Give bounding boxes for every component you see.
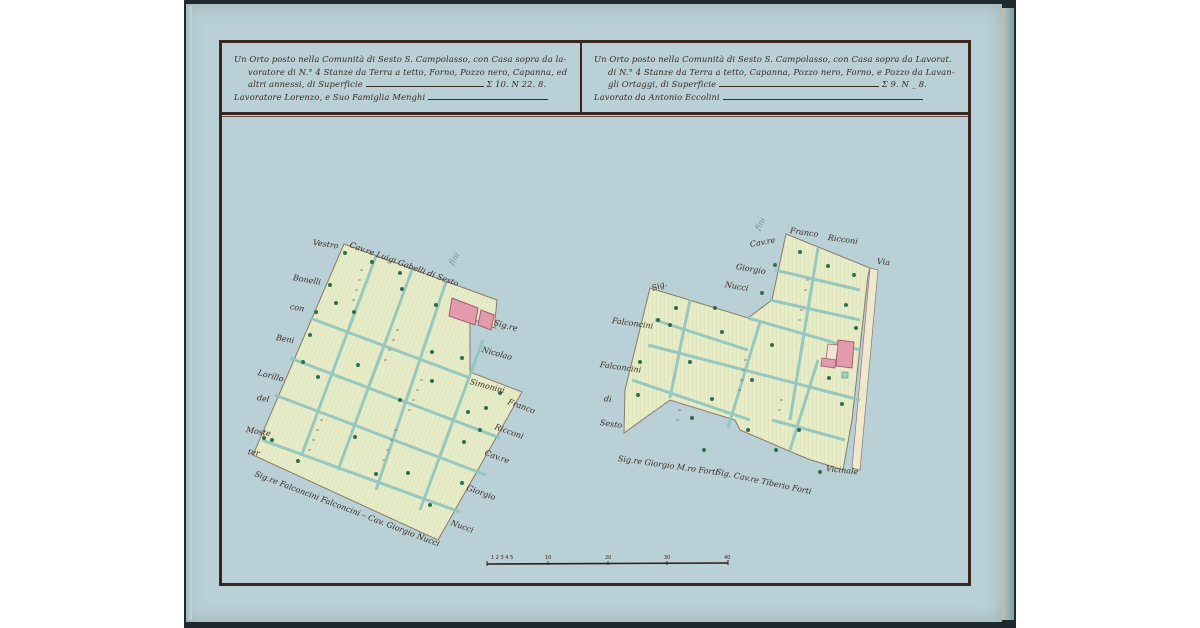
scale-tick-label: 30 <box>664 555 670 561</box>
map-label: di <box>603 394 612 404</box>
map-label: del <box>256 393 270 404</box>
scale-tick-label: 1 2 3 4 5 <box>491 555 513 561</box>
scale-tick-label: 20 <box>605 555 611 561</box>
cadastral-map-drawing <box>0 0 1200 628</box>
map-label: Via <box>877 257 891 267</box>
scale-tick-label: 10 <box>545 555 551 561</box>
scale-tick-label: 40 <box>724 555 730 561</box>
outbuilding <box>821 358 836 368</box>
house-room <box>826 344 838 360</box>
well <box>842 372 848 378</box>
house-building <box>836 340 854 368</box>
map-label: ter <box>247 447 260 458</box>
